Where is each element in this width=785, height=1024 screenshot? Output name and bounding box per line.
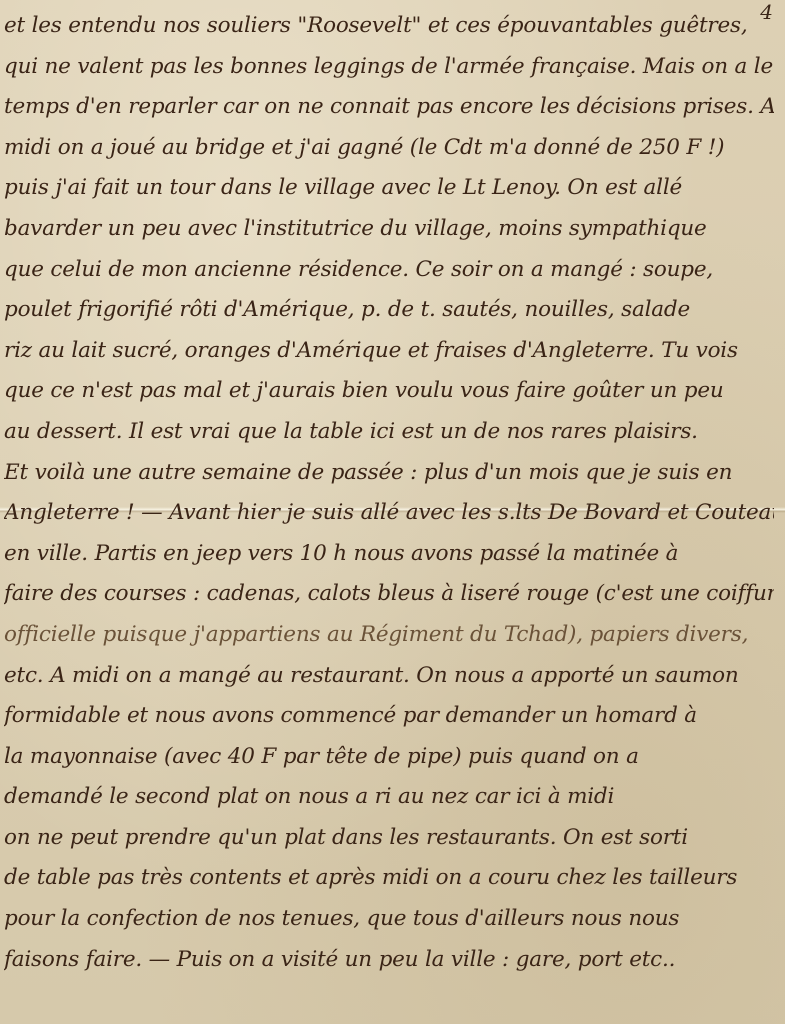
text-line-22: de table pas très contents et après midi…: [4, 858, 774, 899]
text-line-23: pour la confection de nos tenues, que to…: [4, 899, 774, 940]
handwritten-text-body: et les entendu nos souliers "Roosevelt" …: [4, 6, 774, 980]
text-line-6: bavarder un peu avec l'institutrice du v…: [4, 209, 774, 250]
text-line-12: Et voilà une autre semaine de passée : p…: [4, 453, 774, 494]
text-line-7: que celui de mon ancienne résidence. Ce …: [4, 250, 774, 291]
text-line-15: faire des courses : cadenas, calots bleu…: [4, 574, 774, 615]
text-line-21: on ne peut prendre qu'un plat dans les r…: [4, 818, 774, 859]
text-line-3: temps d'en reparler car on ne connait pa…: [4, 87, 774, 128]
text-line-2: qui ne valent pas les bonnes leggings de…: [4, 47, 774, 88]
text-line-10: que ce n'est pas mal et j'aurais bien vo…: [4, 371, 774, 412]
text-line-17: etc. A midi on a mangé au restaurant. On…: [4, 656, 774, 697]
text-line-9: riz au lait sucré, oranges d'Amérique et…: [4, 331, 774, 372]
text-line-16: officielle puisque j'appartiens au Régim…: [4, 615, 774, 656]
text-line-14: en ville. Partis en jeep vers 10 h nous …: [4, 534, 774, 575]
text-line-8: poulet frigorifié rôti d'Amérique, p. de…: [4, 290, 774, 331]
text-line-4: midi on a joué au bridge et j'ai gagné (…: [4, 128, 774, 169]
text-line-20: demandé le second plat on nous a ri au n…: [4, 777, 774, 818]
text-line-19: la mayonnaise (avec 40 F par tête de pip…: [4, 737, 774, 778]
letter-page: 4 et les entendu nos souliers "Roosevelt…: [0, 0, 785, 1024]
text-line-24: faisons faire. — Puis on a visité un peu…: [4, 940, 774, 981]
text-line-11: au dessert. Il est vrai que la table ici…: [4, 412, 774, 453]
text-line-1: et les entendu nos souliers "Roosevelt" …: [4, 6, 774, 47]
text-line-5: puis j'ai fait un tour dans le village a…: [4, 168, 774, 209]
text-line-18: formidable et nous avons commencé par de…: [4, 696, 774, 737]
text-line-13: Angleterre ! — Avant hier je suis allé a…: [4, 493, 774, 534]
